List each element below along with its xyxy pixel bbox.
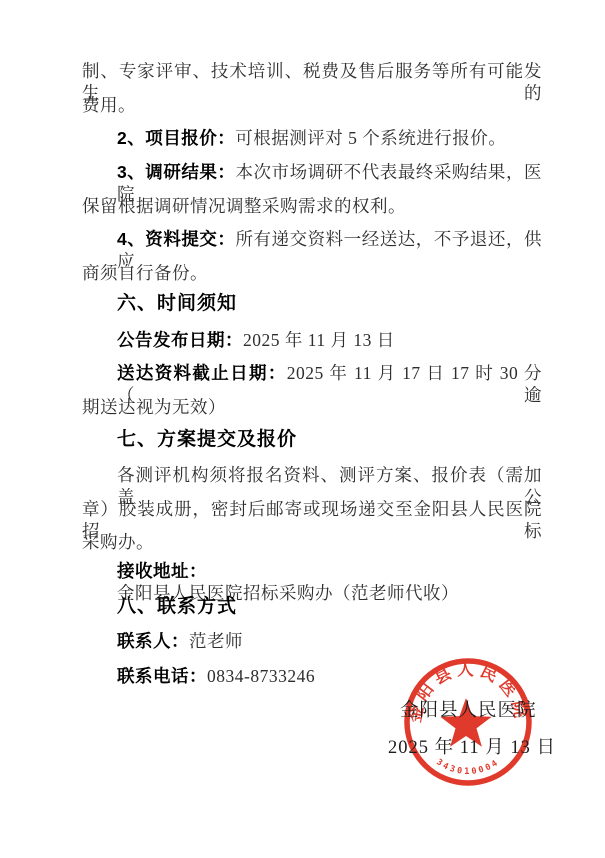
heading-text: 七、方案提交及报价: [117, 429, 297, 450]
line-label: 公告发布日期：: [117, 330, 243, 350]
line-text: 费用。: [82, 95, 136, 115]
line-text: 2025 年 11 月 13 日: [243, 330, 395, 350]
line-text: 保留根据调研情况调整采购需求的权利。: [82, 196, 406, 216]
heading-text: 八、联系方式: [117, 596, 237, 617]
line-text: 范老师: [189, 631, 243, 651]
line-label: 4、资料提交：: [117, 229, 235, 249]
doc-line-contact-person: 联系人：范老师: [82, 630, 542, 652]
line-text: 商须自行备份。: [82, 263, 208, 283]
line-text: 可根据测评对 5 个系统进行报价。: [235, 128, 506, 148]
doc-line: 采购办。: [82, 531, 542, 553]
heading-text: 六、时间须知: [117, 293, 237, 314]
signature-date: 2025 年 11 月 13 日: [388, 733, 556, 759]
line-text: 采购办。: [82, 532, 154, 552]
section-heading-contact: 八、联系方式: [82, 596, 542, 618]
doc-line: 商须自行备份。: [82, 262, 542, 284]
line-label: 联系电话：: [117, 666, 207, 686]
line-text: 0834-8733246: [207, 666, 315, 686]
official-seal-stamp: 金阳县人民医院 5134301000489: [398, 652, 538, 792]
doc-line: 2、项目报价：可根据测评对 5 个系统进行报价。: [82, 127, 542, 149]
section-heading-submission: 七、方案提交及报价: [82, 429, 542, 451]
section-heading-time: 六、时间须知: [82, 293, 542, 315]
line-label: 送达资料截止日期：: [117, 363, 287, 383]
signature-org: 金阳县人民医院: [400, 696, 537, 722]
doc-line: 期送达视为无效）: [82, 396, 542, 418]
line-label: 2、项目报价：: [117, 128, 235, 148]
line-text: 期送达视为无效）: [82, 397, 226, 417]
line-label: 联系人：: [117, 631, 189, 651]
doc-line: 公告发布日期：2025 年 11 月 13 日: [82, 329, 542, 351]
doc-line: 费用。: [82, 94, 542, 116]
line-label: 接收地址：: [117, 561, 207, 581]
line-label: 3、调研结果：: [117, 162, 235, 182]
document-page: 制、专家评审、技术培训、税费及售后服务等所有可能发生的 费用。 2、项目报价：可…: [0, 0, 605, 858]
doc-line: 保留根据调研情况调整采购需求的权利。: [82, 195, 542, 217]
